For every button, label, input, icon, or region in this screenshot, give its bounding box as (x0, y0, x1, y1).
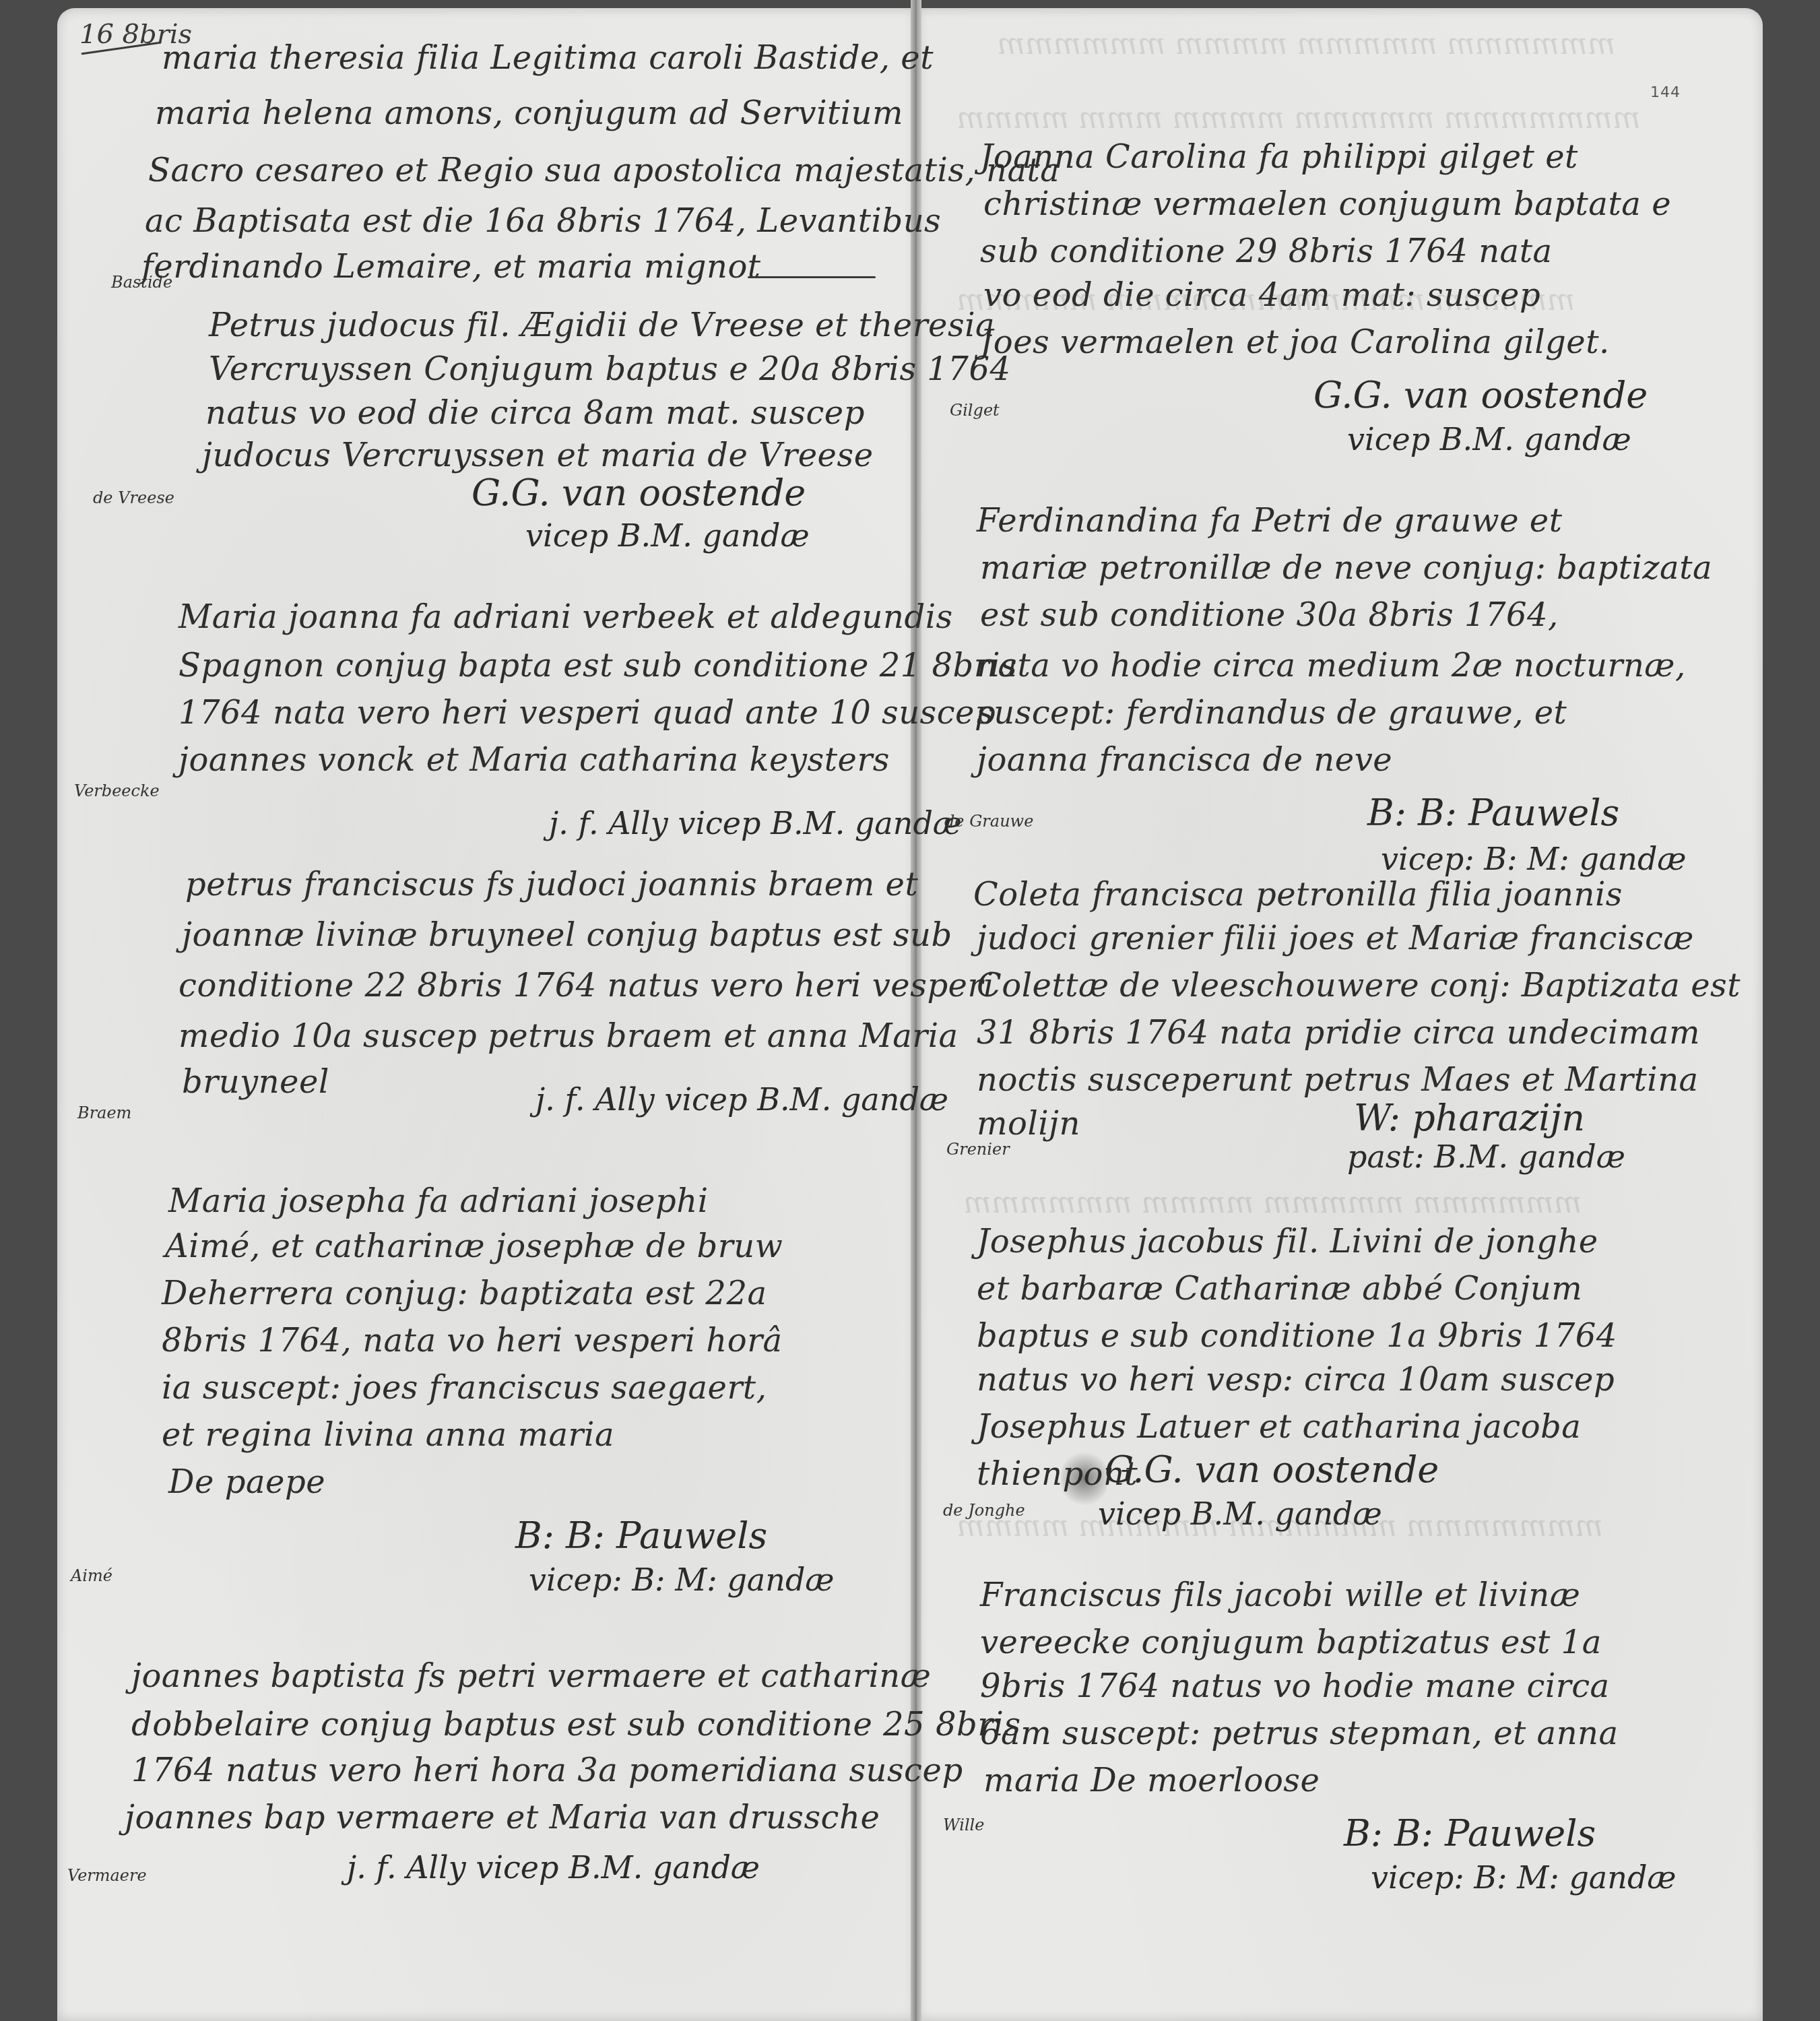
entry-line: noctis susceperunt petrus Maes et Martin… (977, 1061, 1699, 1099)
entry-line: dobbelaire conjug baptus est sub conditi… (131, 1706, 1021, 1743)
entry-line: Maria josepha fa adriani josephi (168, 1182, 709, 1220)
line-fill-stroke (748, 276, 876, 278)
entry-line: nata vo hodie circa medium 2æ nocturnæ, (977, 647, 1686, 684)
entry-line: De paepe (168, 1463, 325, 1501)
entry-line: ac Baptisata est die 16a 8bris 1764, Lev… (145, 202, 941, 240)
entry-line: Deherrera conjug: baptizata est 22a (162, 1275, 767, 1312)
entry-line: Josephus Latuer et catharina jacoba (977, 1408, 1581, 1446)
margin-surname: de Grauwe (944, 812, 1033, 831)
entry-line: 6am suscept: petrus stepman, et anna (980, 1714, 1619, 1752)
entry-line: Franciscus fils jacobi wille et livinæ (980, 1576, 1580, 1614)
entry-line: mariæ petronillæ de neve conjug: baptiza… (980, 549, 1712, 587)
entry-line: Petrus judocus fil. Ægidii de Vreese et … (209, 307, 995, 344)
entry-line: judocus Vercruyssen et maria de Vreese (202, 437, 874, 474)
entry-line: christinæ vermaelen conjugum baptata e (983, 185, 1671, 223)
priest-signature: G.G. van oostende (1313, 374, 1648, 416)
priest-signature: W: pharazijn (1354, 1097, 1585, 1139)
entry-line: maria helena amons, conjugum ad Servitiu… (155, 94, 903, 132)
entry-line: natus vo heri vesp: circa 10am suscep (977, 1361, 1615, 1399)
entry-line: Aimé, et catharinæ josephæ de bruw (165, 1227, 783, 1265)
priest-signature: G.G. van oostende (472, 472, 806, 514)
entry-line: medio 10a suscep petrus braem et anna Ma… (178, 1017, 958, 1055)
entry-line: 1764 nata vero heri vesperi quad ante 10… (178, 694, 996, 732)
priest-title: vicep B.M. gandæ (1098, 1496, 1382, 1532)
entry-line: et regina livina anna maria (162, 1416, 614, 1454)
entry-line: et barbaræ Catharinæ abbé Conjum (977, 1270, 1582, 1308)
priest-signature: j. f. Ally vicep B.M. gandæ (535, 1081, 948, 1118)
priest-title: vicep B.M. gandæ (525, 517, 810, 554)
entry-line: joannes bap vermaere et Maria van drussc… (125, 1799, 880, 1836)
entry-line: Joanna Carolina fa philippi gilget et (980, 138, 1578, 176)
entry-line: conditione 22 8bris 1764 natus vero heri… (178, 967, 994, 1004)
entry-line: maria theresia filia Legitima caroli Bas… (162, 39, 934, 77)
margin-surname: Bastide (111, 273, 172, 292)
entry-line: bruyneel (182, 1063, 329, 1101)
entry-line: joannæ livinæ bruyneel conjug baptus est… (182, 916, 952, 954)
priest-title: past: B.M. gandæ (1347, 1138, 1625, 1175)
margin-surname: Gilget (950, 401, 1000, 420)
entry-line: joannes baptista fs petri vermaere et ca… (131, 1657, 931, 1695)
entry-line: 8bris 1764, nata vo heri vesperi horâ (162, 1322, 783, 1359)
margin-surname: Grenier (946, 1140, 1010, 1159)
priest-title: vicep B.M. gandæ (1347, 421, 1631, 457)
priest-signature: B: B: Pauwels (1344, 1812, 1596, 1855)
priest-signature: B: B: Pauwels (515, 1514, 767, 1557)
folio-number: 144 (1650, 84, 1681, 101)
priest-title: vicep: B: M: gandæ (1381, 841, 1687, 877)
entry-line: vereecke conjugum baptizatus est 1a (980, 1624, 1602, 1661)
entry-line: 9bris 1764 natus vo hodie mane circa (980, 1667, 1610, 1705)
entry-line: baptus e sub conditione 1a 9bris 1764 (977, 1317, 1617, 1355)
margin-surname: de Vreese (93, 488, 174, 507)
entry-line: Vercruyssen Conjugum baptus e 20a 8bris … (209, 350, 1010, 388)
entry-line: Sacro cesareo et Regio sua apostolica ma… (148, 152, 1060, 189)
entry-line: 1764 natus vero heri hora 3a pomeridiana… (131, 1752, 963, 1789)
margin-surname: Wille (943, 1816, 984, 1834)
priest-title: vicep: B: M: gandæ (529, 1562, 835, 1598)
priest-signature: B: B: Pauwels (1367, 792, 1619, 834)
entry-line: Joes vermaelen et joa Carolina gilget. (980, 323, 1610, 361)
entry-line: petrus franciscus fs judoci joannis brae… (185, 866, 918, 903)
entry-line: Spagnon conjug bapta est sub conditione … (178, 647, 1017, 684)
entry-line: Josephus jacobus fil. Livini de jonghe (977, 1223, 1598, 1260)
entry-line: suscept: ferdinandus de grauwe, et (977, 694, 1567, 732)
margin-surname: Verbeecke (74, 781, 160, 800)
entry-line: Coleta francisca petronilla filia joanni… (973, 876, 1623, 913)
entry-line: Ferdinandina fa Petri de grauwe et (977, 502, 1563, 540)
margin-surname: Braem (77, 1103, 131, 1122)
priest-signature: j. f. Ally vicep B.M. gandæ (549, 805, 962, 841)
entry-line: ferdinando Lemaire, et maria mignot (141, 248, 761, 286)
entry-line: Colettæ de vleeschouwere conj: Baptizata… (977, 967, 1741, 1004)
entry-line: maria De moerloose (983, 1762, 1320, 1799)
entry-line: vo eod die circa 4am mat: suscep (983, 276, 1540, 314)
margin-surname: de Jonghe (943, 1501, 1025, 1520)
entry-line: joannes vonck et Maria catharina keyster… (178, 741, 890, 779)
entry-line: 31 8bris 1764 nata pridie circa undecima… (977, 1014, 1700, 1052)
entry-line: Maria joanna fa adriani verbeek et aldeg… (178, 598, 953, 636)
entry-line: judoci grenier filii joes et Mariæ franc… (977, 920, 1694, 957)
entry-line: sub conditione 29 8bris 1764 nata (980, 232, 1553, 270)
priest-signature: j. f. Ally vicep B.M. gandæ (347, 1849, 760, 1886)
entry-line: natus vo eod die circa 8am mat. suscep (205, 394, 865, 432)
entry-line: joanna francisca de neve (977, 741, 1392, 779)
margin-surname: Vermaere (67, 1866, 147, 1885)
priest-signature: G.G. van oostende (1105, 1448, 1439, 1491)
entry-line: ia suscept: joes franciscus saegaert, (162, 1369, 767, 1407)
priest-title: vicep: B: M: gandæ (1371, 1859, 1677, 1896)
entry-line: est sub conditione 30a 8bris 1764, (980, 596, 1559, 634)
margin-surname: Aimé (71, 1566, 112, 1585)
entry-line: molijn (977, 1105, 1080, 1143)
